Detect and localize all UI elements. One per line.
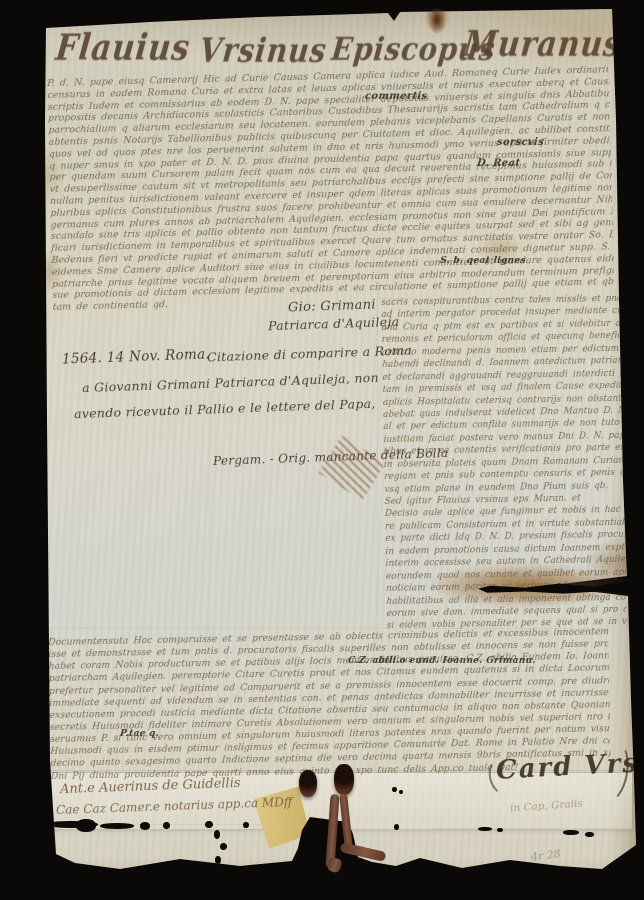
seal-cord-fray xyxy=(326,856,343,874)
body-text-top-block: P. d. N. pape eiusq Camerarij Hic ad Cur… xyxy=(47,64,615,314)
seal-cord-knot-right xyxy=(334,764,354,795)
ink-blot xyxy=(497,828,503,832)
ink-blot xyxy=(399,790,403,794)
ink-blot xyxy=(563,830,579,835)
heading-word: Flauius xyxy=(54,30,192,66)
dark-ink-word: C.Z. abili.o eund. Ioanne. Grimanu. xyxy=(347,656,536,666)
seal-cord-knot-left xyxy=(299,770,317,797)
heading-word: Muranus xyxy=(462,27,623,62)
ink-blot xyxy=(140,822,150,830)
dark-ink-word: P.tae q. xyxy=(119,729,159,739)
ink-blot xyxy=(163,822,170,829)
ink-blot xyxy=(215,856,221,864)
note-addressee-name: Gio: Grimani xyxy=(288,297,376,315)
dark-ink-word: sorscvis xyxy=(496,137,544,148)
ink-blot xyxy=(243,822,249,828)
ink-blot xyxy=(394,824,399,830)
ink-blot xyxy=(392,787,397,792)
manuscript-sheet: FlauiusVrsinusEpiscopusMuranus P. d. N. … xyxy=(0,0,644,900)
ink-blot xyxy=(214,830,220,839)
top-edge-stain xyxy=(428,9,446,37)
dark-ink-word: S. b. qeat lignes xyxy=(439,256,526,266)
ink-blot xyxy=(478,827,492,831)
ink-blot xyxy=(220,843,227,850)
photo-backdrop: FlauiusVrsinusEpiscopusMuranus P. d. N. … xyxy=(0,0,644,900)
ink-blot xyxy=(76,819,96,832)
ink-blot xyxy=(205,821,213,828)
ink-blot xyxy=(585,832,594,837)
ink-blot xyxy=(100,823,134,829)
heading-word: Vrsinus xyxy=(198,34,328,67)
dark-ink-word: commertis xyxy=(364,91,427,102)
dark-ink-word: D. Reat xyxy=(476,158,520,169)
